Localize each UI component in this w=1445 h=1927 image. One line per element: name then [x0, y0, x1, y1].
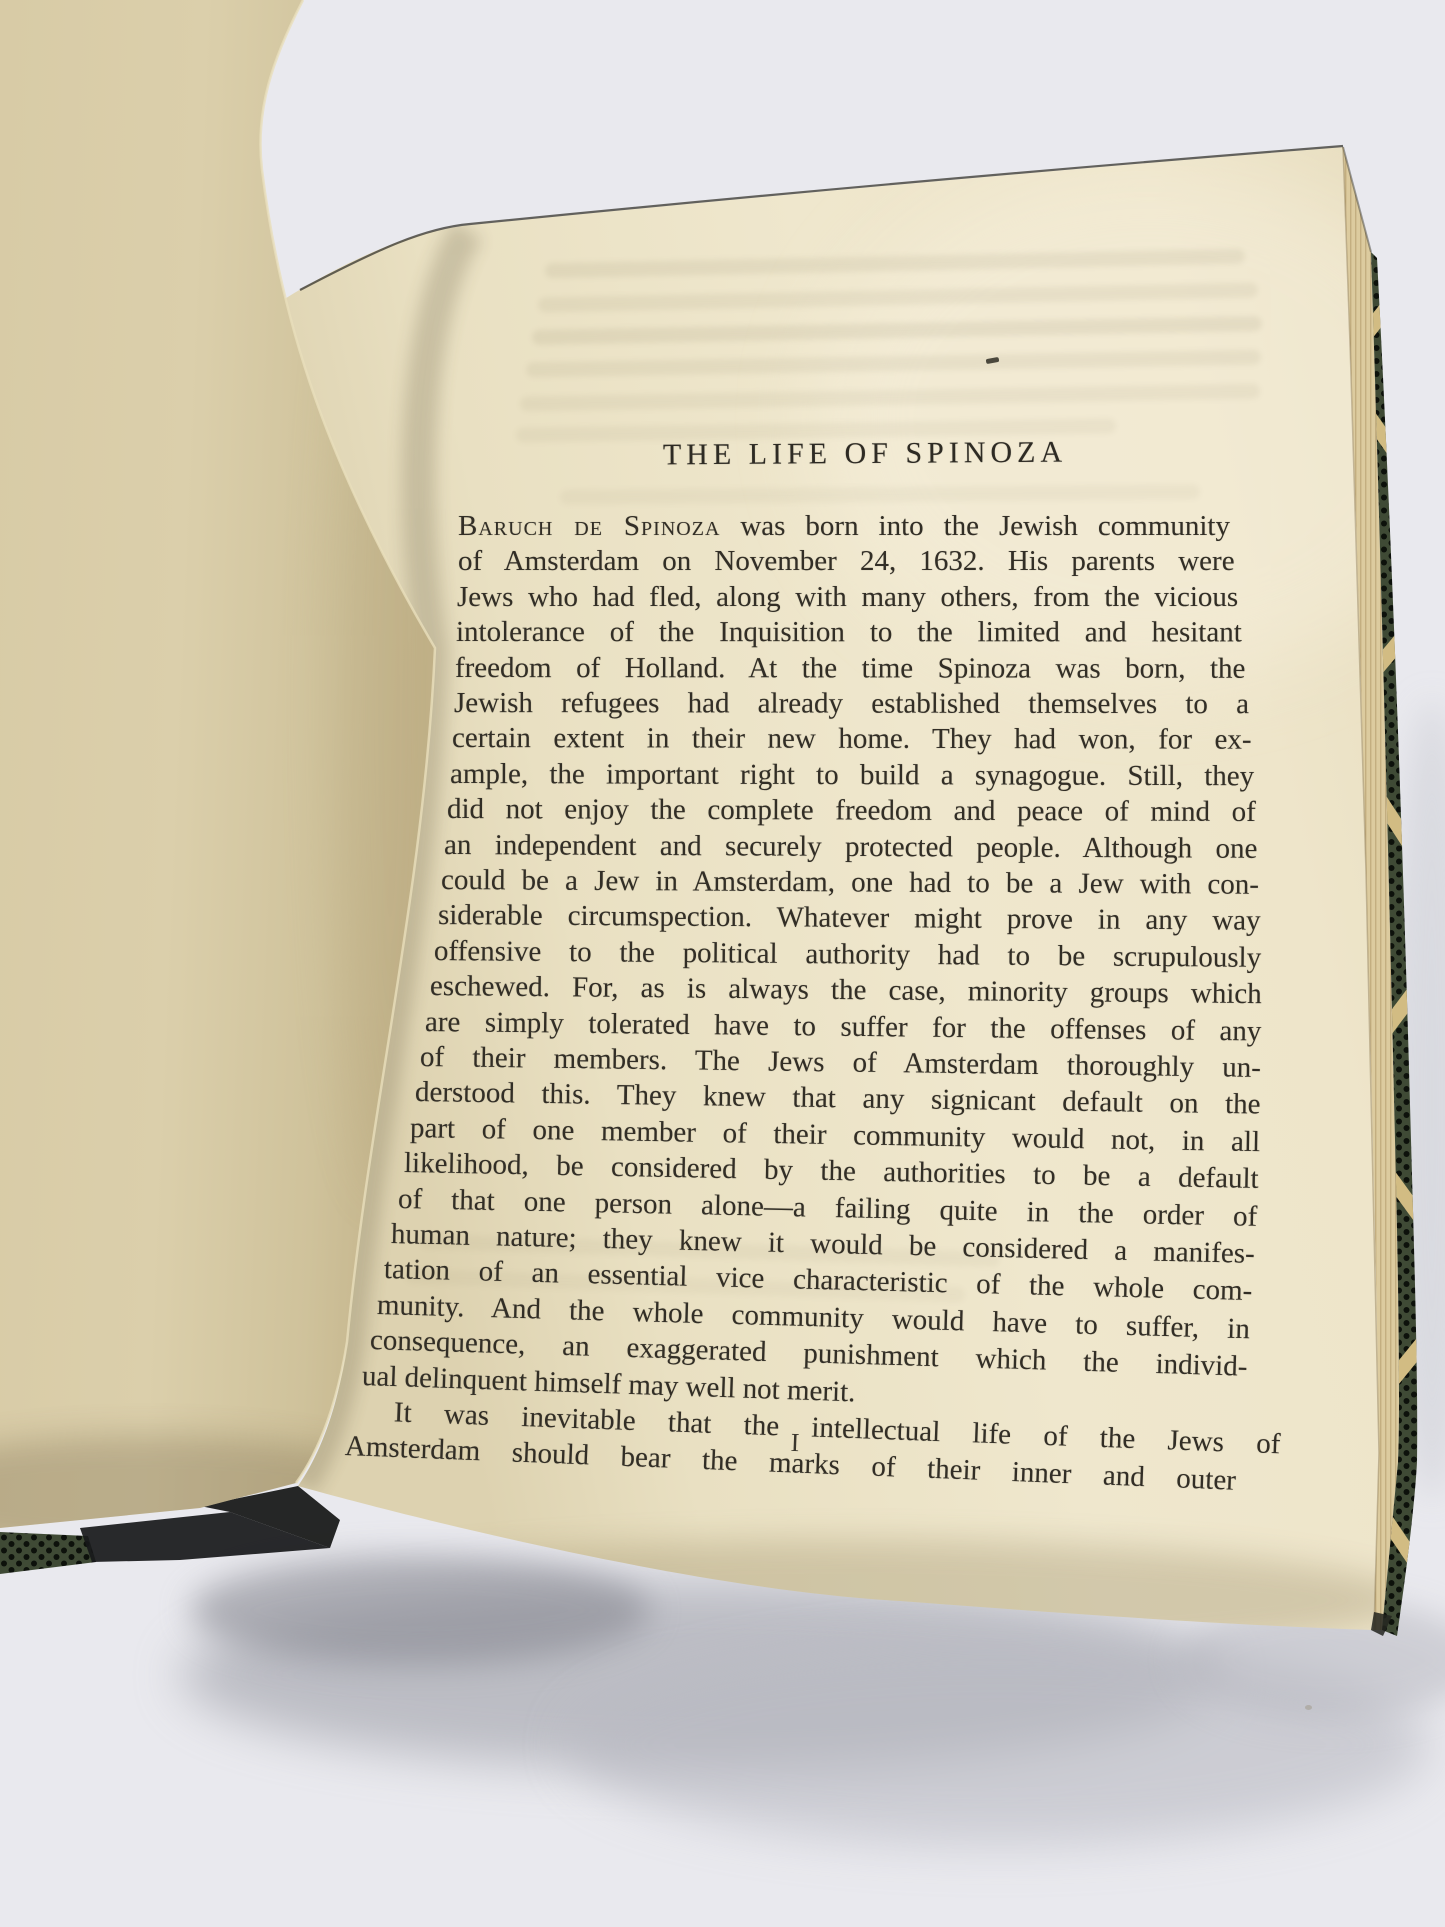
text-line: of Amsterdam on November 24, 1632. His p… [458, 544, 1235, 579]
text-line: Baruch de Spinoza was born into the Jewi… [458, 509, 1230, 544]
chapter-title: THE LIFE OF SPINOZA [640, 435, 1090, 472]
show-through-row [538, 282, 1258, 312]
text-line: did not enjoy the complete freedom and p… [447, 792, 1256, 830]
show-through-row [545, 249, 1245, 279]
show-through-row [532, 316, 1262, 345]
text-line: ample, the important right to build a sy… [450, 757, 1254, 794]
printed-page-text: THE LIFE OF SPINOZA Baruch de Spinoza wa… [0, 0, 1445, 1927]
text-line: intolerance of the Inquisition to the li… [456, 615, 1242, 650]
dust-speck [1305, 1705, 1312, 1710]
text-line: Jewish refugees had already established … [454, 686, 1249, 722]
show-through-row [526, 350, 1261, 378]
book-photo: THE LIFE OF SPINOZA Baruch de Spinoza wa… [0, 0, 1445, 1927]
text-line: an independent and securely protected pe… [444, 828, 1258, 867]
page-number: I [759, 1427, 830, 1460]
show-through-row [520, 384, 1260, 412]
smallcaps-lead: Baruch de Spinoza [458, 510, 720, 542]
show-through-row [560, 484, 1200, 505]
text-line: certain extent in their new home. They h… [452, 721, 1252, 758]
text-line: Jews who had fled, along with many other… [457, 580, 1238, 615]
text-line: could be a Jew in Amsterdam, one had to … [441, 863, 1259, 903]
text-line: freedom of Holland. At the time Spinoza … [455, 651, 1245, 687]
text-line: siderable circumspection. Whatever might… [438, 898, 1261, 939]
